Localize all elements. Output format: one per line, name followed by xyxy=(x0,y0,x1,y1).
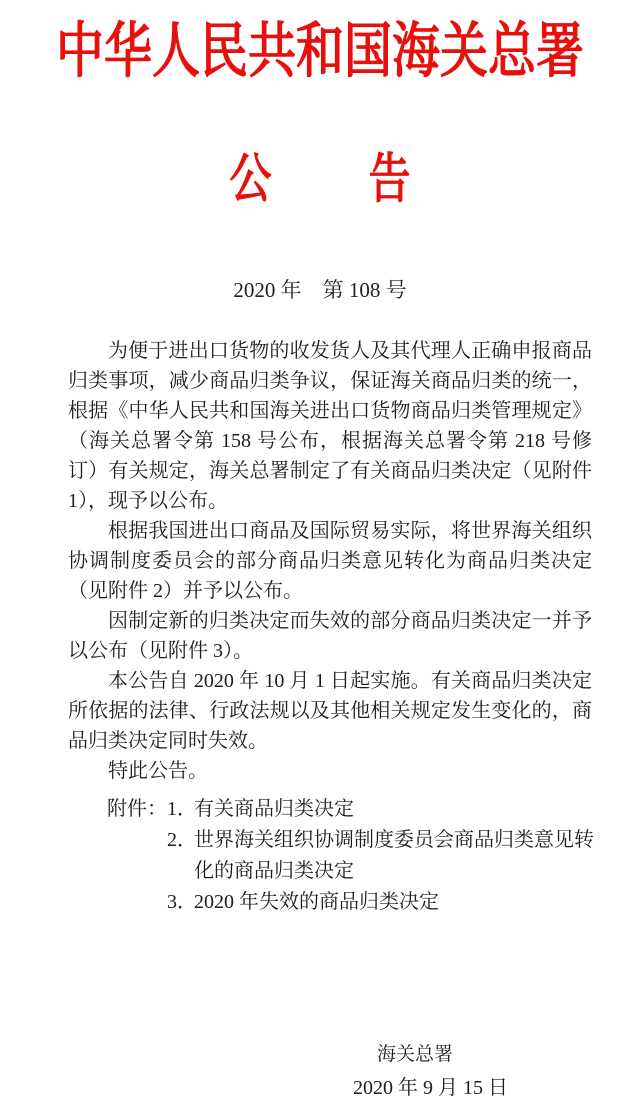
notice-title-char-left: 公 xyxy=(229,150,271,209)
attachment-2-text: 世界海关组织协调制度委员会商品归类意见转化的商品归类决定 xyxy=(194,829,594,882)
attachment-3-marker: 3． xyxy=(167,887,197,918)
notice-title-char-right: 告 xyxy=(369,150,411,209)
paragraph-purpose: 为便于进出口货物的收发货人及其代理人正确申报商品归类事项，减少商品归类争议，保证… xyxy=(68,336,592,516)
attachment-3-text: 2020 年失效的商品归类决定 xyxy=(194,891,439,913)
notice-title: 公 告 xyxy=(0,150,640,209)
document-page: 中华人民共和国海关总署 公 告 2020 年 第 108 号 为便于进出口货物的… xyxy=(0,0,640,1102)
attachment-item-1: 1． 有关商品归类决定 xyxy=(167,794,594,825)
paragraph-closing: 特此公告。 xyxy=(68,756,592,786)
attachments-list: 1． 有关商品归类决定 2． 世界海关组织协调制度委员会商品归类意见转化的商品归… xyxy=(167,794,594,918)
paragraph-wco-conversion: 根据我国进出口商品及国际贸易实际，将世界海关组织协调制度委员会的部分商品归类意见… xyxy=(68,516,592,606)
attachments-label: 附件： xyxy=(107,794,167,825)
announcement-body: 为便于进出口货物的收发货人及其代理人正确申报商品归类事项，减少商品归类争议，保证… xyxy=(68,336,592,786)
signature-date: 2020 年 9 月 15 日 xyxy=(353,1076,508,1100)
attachment-item-2: 2． 世界海关组织协调制度委员会商品归类意见转化的商品归类决定 xyxy=(167,825,594,887)
attachments-section: 附件： 1． 有关商品归类决定 2． 世界海关组织协调制度委员会商品归类意见转化… xyxy=(107,794,599,918)
attachment-2-marker: 2． xyxy=(167,825,197,856)
agency-header-title: 中华人民共和国海关总署 xyxy=(0,20,640,86)
signature-organization: 海关总署 xyxy=(377,1044,453,1067)
attachment-1-text: 有关商品归类决定 xyxy=(194,798,354,820)
attachment-1-marker: 1． xyxy=(167,794,197,825)
document-number: 2020 年 第 108 号 xyxy=(0,278,640,303)
attachment-item-3: 3． 2020 年失效的商品归类决定 xyxy=(167,887,594,918)
paragraph-effective-date: 本公告自 2020 年 10 月 1 日起实施。有关商品归类决定所依据的法律、行… xyxy=(68,666,592,756)
paragraph-invalidated-decisions: 因制定新的归类决定而失效的部分商品归类决定一并予以公布（见附件 3）。 xyxy=(68,606,592,666)
